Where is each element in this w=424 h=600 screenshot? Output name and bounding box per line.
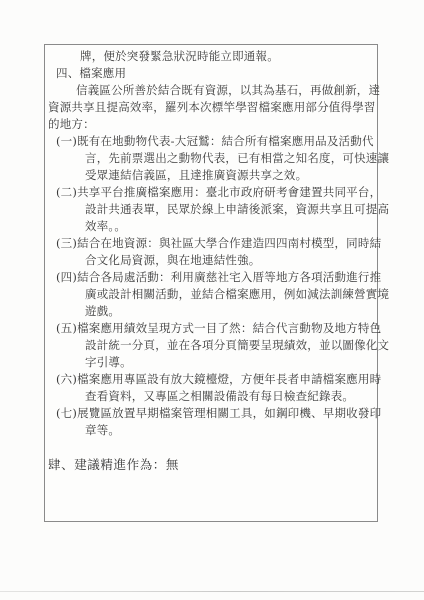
scan-artifact-line (0, 591, 424, 592)
text-line: (七)展覽區放置早期檔案管理相關工具，如鋼印機、早期收發印 (48, 405, 375, 422)
text-line: 言，先前票選出之動物代表，已有相當之知名度，可快速讓 (48, 150, 375, 167)
text-line: (四)結合各局處活動：利用廣慈社宅入厝等地方各項活動進行推 (48, 269, 375, 286)
text-line: 廣或設計相關活動，並結合檔案應用，例如減法訓練營實境 (48, 286, 375, 303)
text-line: (一)既有在地動物代表-大冠鷲：結合所有檔案應用品及活動代 (48, 133, 375, 150)
text-line: 的地方： (48, 116, 375, 133)
text-line: (六)檔案應用專區設有放大鏡檯燈，方便年長者申請檔案應用時 (48, 371, 375, 388)
text-line: 遊戲。 (48, 303, 375, 320)
text-line: 受眾連結信義區，且達推廣資源共享之效。 (48, 167, 375, 184)
text-line: 字引導。 (48, 354, 375, 371)
text-line: (五)檔案應用績效呈現方式一目了然：結合代言動物及地方特色 (48, 320, 375, 337)
text-line: 查看資料，又專區之相關設備設有每日檢查紀錄表。 (48, 388, 375, 405)
document-lines: 牌，便於突發緊急狀況時能立即通報。四、檔案應用信義區公所善於結合既有資源，以其為… (48, 48, 375, 473)
text-line: 章等。 (48, 422, 375, 439)
scanned-document-page: 牌，便於突發緊急狀況時能立即通報。四、檔案應用信義區公所善於結合既有資源，以其為… (0, 0, 424, 600)
text-line: 肆、建議精進作為：無 (48, 456, 375, 473)
text-line: 信義區公所善於結合既有資源，以其為基石，再做創新，達 (48, 82, 375, 99)
text-line: 牌，便於突發緊急狀況時能立即通報。 (48, 48, 375, 65)
text-line (48, 439, 375, 456)
text-line: 四、檔案應用 (48, 65, 375, 82)
text-line: 設計統一分頁，並在各項分頁簡要呈現績效，並以圖像化文 (48, 337, 375, 354)
text-line: 設計共通表單，民眾於線上申請後派案，資源共享且可提高 (48, 201, 375, 218)
text-line: (二)共享平台推廣檔案應用：臺北市政府研考會建置共同平台， (48, 184, 375, 201)
text-line: 資源共享且提高效率，羅列本次標竿學習檔案應用部分值得學習 (48, 99, 375, 116)
text-line: 合文化局資源，與在地連結性強。 (48, 252, 375, 269)
text-line: (三)結合在地資源：與社區大學合作建造四四南村模型，同時結 (48, 235, 375, 252)
document-table-border: 牌，便於突發緊急狀況時能立即通報。四、檔案應用信義區公所善於結合既有資源，以其為… (44, 44, 378, 522)
text-line: 效率。。 (48, 218, 375, 235)
